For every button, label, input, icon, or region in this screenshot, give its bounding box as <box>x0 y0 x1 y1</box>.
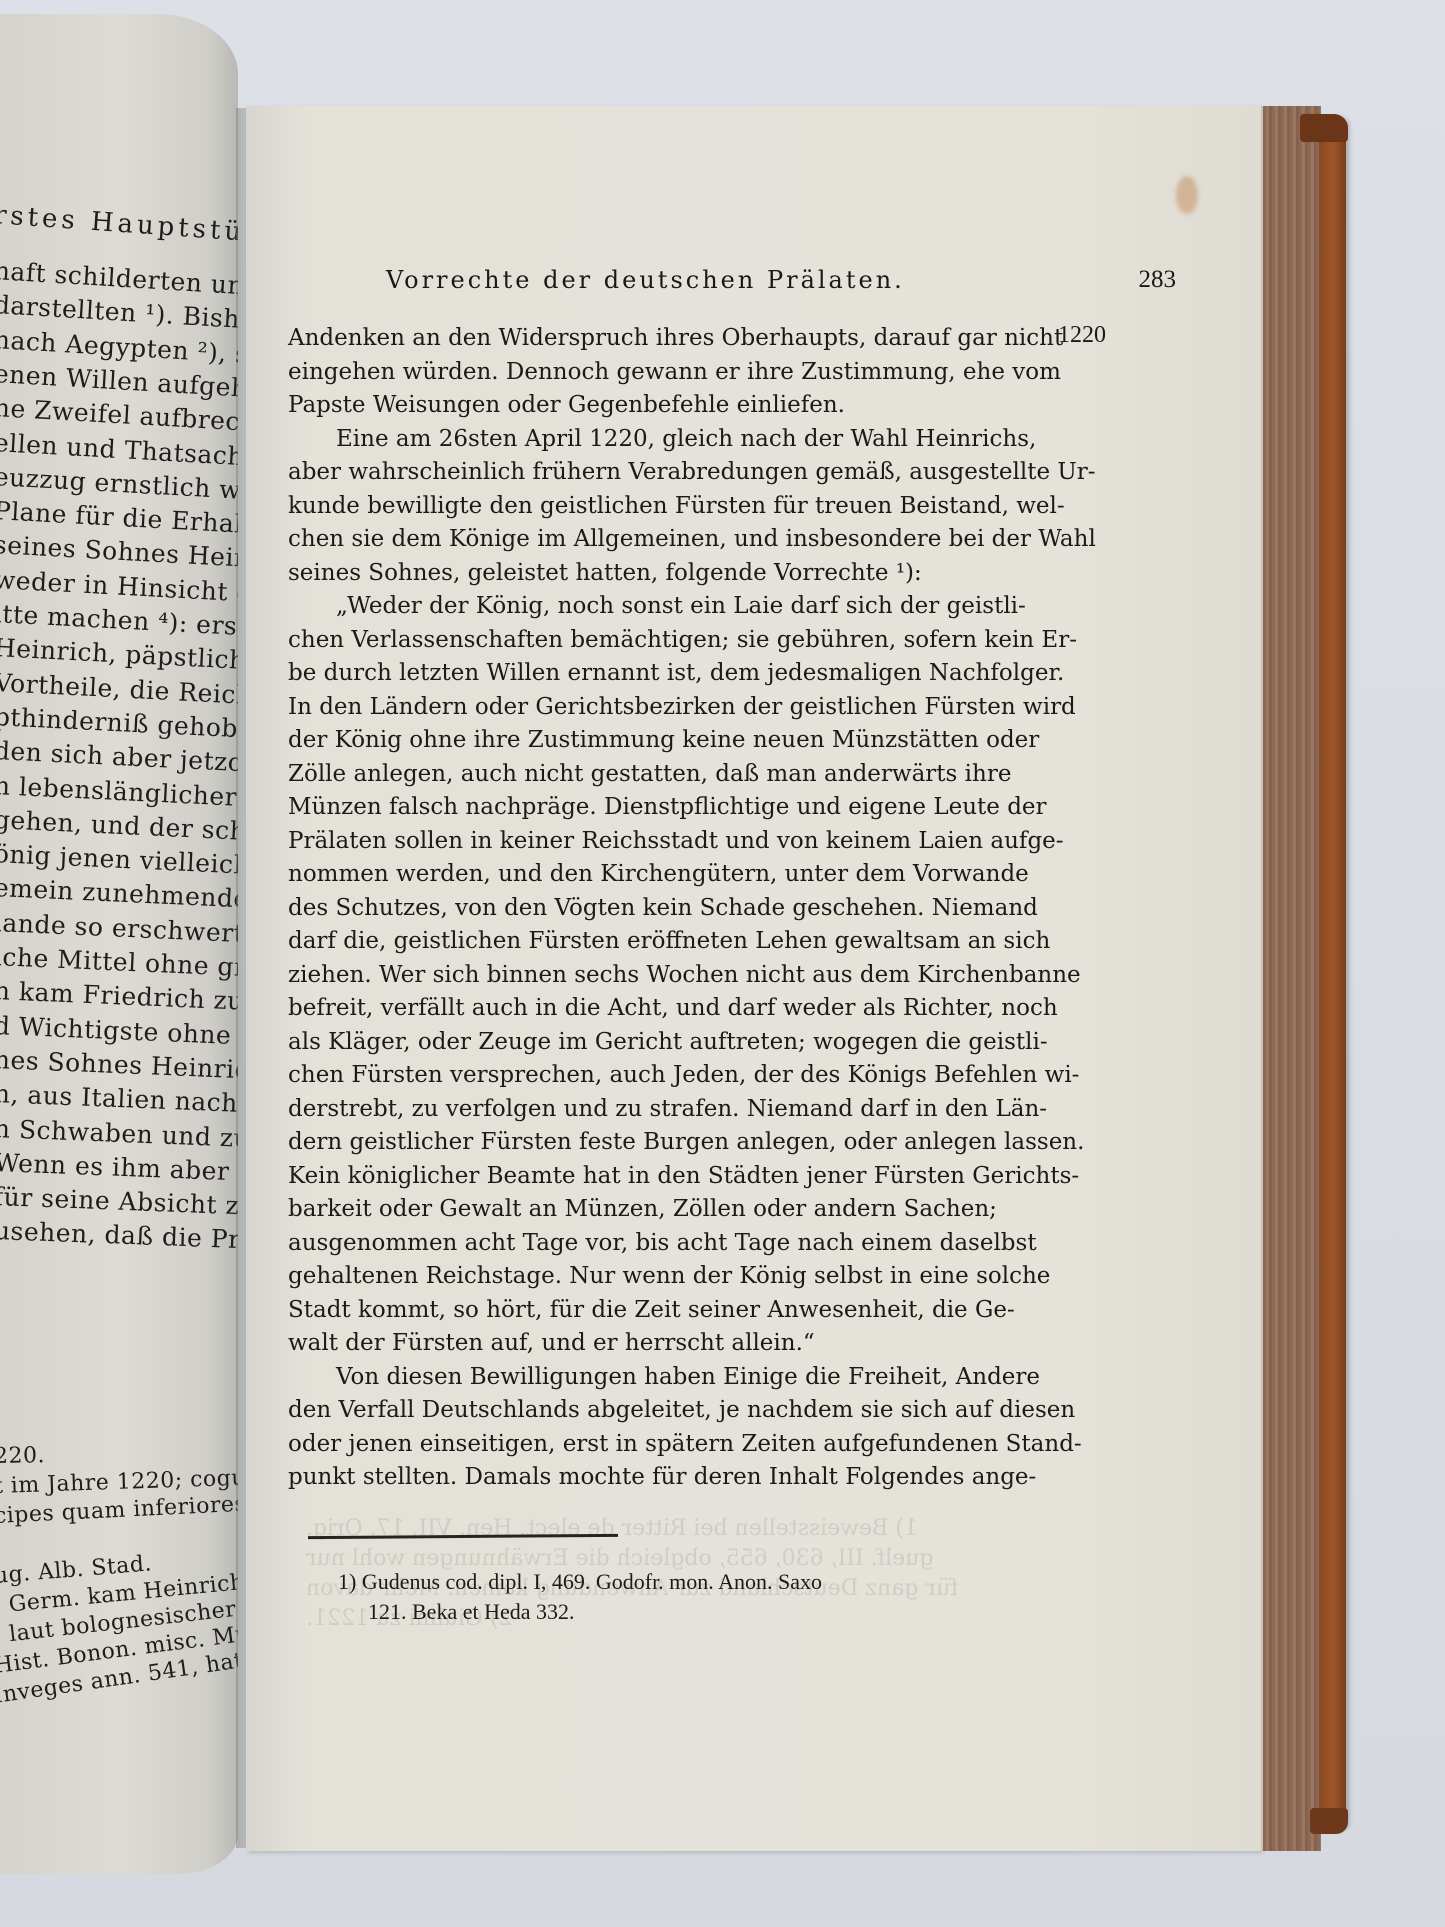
body-line: punkt stellten. Damals mochte für deren … <box>288 1461 1048 1495</box>
left-page-line: n, aus Italien nach Deut <box>0 1079 238 1121</box>
body-line: be durch letzten Willen ernannt ist, dem… <box>288 657 1048 691</box>
body-line: des Schutzes, von den Vögten kein Schade… <box>288 892 1048 926</box>
body-line: „Weder der König, noch sonst ein Laie da… <box>288 590 1048 624</box>
body-line: kunde bewilligte den geistlichen Fürsten… <box>288 490 1048 524</box>
body-line: seines Sohnes, geleistet hatten, folgend… <box>288 557 1048 591</box>
body-line: Andenken an den Widerspruch ihres Oberha… <box>288 322 1048 356</box>
body-line: Münzen falsch nachpräge. Dienstpflichtig… <box>288 791 1048 825</box>
body-line: aber wahrscheinlich frühern Verabredunge… <box>288 456 1048 490</box>
running-head-title: Vorrechte der deutschen Prälaten. <box>386 266 905 294</box>
left-page-line: usehen, daß die Prälaten, <box>0 1216 238 1257</box>
body-line: Papste Weisungen oder Gegenbefehle einli… <box>288 389 1048 423</box>
body-line: den Verfall Deutschlands abgeleitet, je … <box>288 1394 1048 1428</box>
body-line: eingehen würden. Dennoch gewann er ihre … <box>288 356 1048 390</box>
body-line: walt der Fürsten auf, und er herrscht al… <box>288 1327 1048 1361</box>
body-line: der König ohne ihre Zustimmung keine neu… <box>288 724 1048 758</box>
body-line: ziehen. Wer sich binnen sechs Wochen nic… <box>288 959 1048 993</box>
body-line: Prälaten sollen in keiner Reichsstadt un… <box>288 825 1048 859</box>
body-line: darf die, geistlichen Fürsten eröffneten… <box>288 925 1048 959</box>
body-line: dern geistlicher Fürsten feste Burgen an… <box>288 1126 1048 1160</box>
body-line: Eine am 26sten April 1220, gleich nach d… <box>288 423 1048 457</box>
body-line: Von diesen Bewilligungen haben Einige di… <box>288 1361 1048 1395</box>
page-edges <box>1261 106 1321 1851</box>
left-page-note-line: 220. <box>0 1443 45 1469</box>
body-text: Andenken an den Widerspruch ihres Oberha… <box>288 322 1048 1495</box>
right-page: Vorrechte der deutschen Prälaten. 283 12… <box>246 106 1261 1851</box>
cover-corner-bottom <box>1310 1808 1348 1834</box>
footnotes: 1) Gudenus cod. dipl. I, 469. Godofr. mo… <box>338 1567 1098 1627</box>
body-line: befreit, verfällt auch in die Acht, und … <box>288 992 1048 1026</box>
body-line: nommen werden, und den Kirchengütern, un… <box>288 858 1048 892</box>
left-page-line: Wenn es ihm aber s <box>0 1148 238 1187</box>
body-line: Kein königlicher Beamte hat in den Städt… <box>288 1160 1048 1194</box>
body-line: barkeit oder Gewalt an Münzen, Zöllen od… <box>288 1193 1048 1227</box>
foxing-stain <box>1176 176 1198 214</box>
footnote-1: 1) Gudenus cod. dipl. I, 469. Godofr. mo… <box>338 1567 1098 1597</box>
marginal-year: 1220 <box>1058 322 1106 349</box>
leather-cover-board <box>1319 118 1346 1830</box>
left-page-running-head: rstes Hauptstück. <box>0 200 238 251</box>
body-line: ausgenommen acht Tage vor, bis acht Tage… <box>288 1227 1048 1261</box>
body-line: gehaltenen Reichstage. Nur wenn der Köni… <box>288 1260 1048 1294</box>
body-line: chen Verlassenschaften bemächtigen; sie … <box>288 624 1048 658</box>
footnote-1-continuation: 121. Beka et Heda 332. <box>338 1597 1098 1627</box>
body-line: chen sie dem Könige im Allgemeinen, und … <box>288 523 1048 557</box>
body-line: Zölle anlegen, auch nicht gestatten, daß… <box>288 758 1048 792</box>
body-line: derstrebt, zu verfolgen und zu strafen. … <box>288 1093 1048 1127</box>
cover-corner-top <box>1300 114 1348 142</box>
body-line: Stadt kommt, so hört, für die Zeit seine… <box>288 1294 1048 1328</box>
body-line: als Kläger, oder Zeuge im Gericht auftre… <box>288 1026 1048 1060</box>
body-line: oder jenen einseitigen, erst in spätern … <box>288 1428 1048 1462</box>
left-page: rstes Hauptstück. haft schilderten und d… <box>0 14 238 1874</box>
body-line: In den Ländern oder Gerichtsbezirken der… <box>288 691 1048 725</box>
body-line: chen Fürsten versprechen, auch Jeden, de… <box>288 1059 1048 1093</box>
page-number: 283 <box>1139 266 1177 294</box>
